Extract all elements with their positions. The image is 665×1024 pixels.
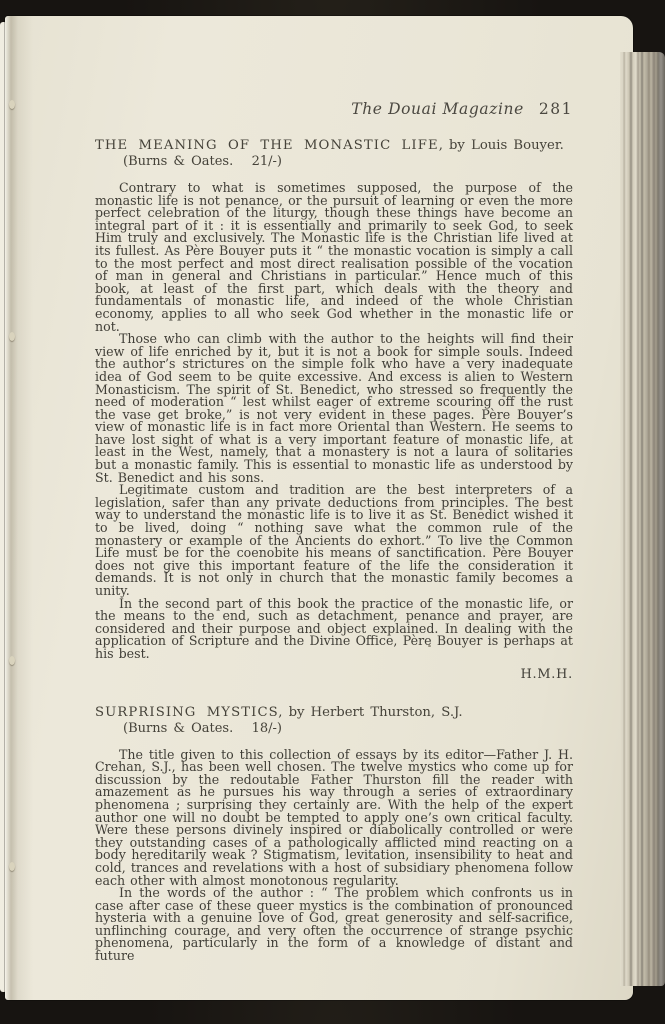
book-title: THE MEANING OF THE MONASTIC LIFE, — [95, 138, 444, 153]
binding-stitch — [9, 100, 15, 109]
running-head: The Douai Magazine281 — [95, 100, 573, 118]
page-number: 281 — [539, 100, 573, 118]
publisher-price-line: (Burns & Oates. 21/-) — [123, 154, 573, 169]
binding-stitch — [9, 656, 15, 665]
book-title: SURPRISING MYSTICS, — [95, 705, 284, 720]
publisher-price-line: (Burns & Oates. 18/-) — [123, 721, 573, 736]
reviewer-initials: H.M.H. — [95, 667, 573, 682]
binding-stitch — [9, 862, 15, 871]
review-paragraph: Contrary to what is sometimes supposed, … — [95, 182, 573, 333]
book-background: The Douai Magazine281 THE MEANING OF THE… — [0, 0, 665, 1024]
page-content: The Douai Magazine281 THE MEANING OF THE… — [95, 16, 573, 963]
review-heading: SURPRISING MYSTICS,by Herbert Thurston, … — [95, 705, 573, 720]
journal-title: The Douai Magazine — [351, 100, 524, 118]
review-paragraph: In the second part of this book the prac… — [95, 598, 573, 661]
book-author: by Louis Bouyer. — [449, 138, 564, 153]
binding-crease — [5, 16, 35, 1000]
magazine-page: The Douai Magazine281 THE MEANING OF THE… — [5, 16, 633, 1000]
page-stack-edges — [620, 52, 665, 986]
review-paragraph: Those who can climb with the author to t… — [95, 333, 573, 484]
review-heading: THE MEANING OF THE MONASTIC LIFE,by Loui… — [95, 138, 573, 153]
review-monastic-life: THE MEANING OF THE MONASTIC LIFE,by Loui… — [95, 138, 573, 682]
review-paragraph: Legitimate custom and tradition are the … — [95, 484, 573, 597]
book-author: by Herbert Thurston, S.J. — [289, 705, 463, 720]
binding-stitch — [9, 332, 15, 341]
review-surprising-mystics: SURPRISING MYSTICS,by Herbert Thurston, … — [95, 705, 573, 963]
review-paragraph: The title given to this collection of es… — [95, 749, 573, 888]
review-paragraph: In the words of the author : “ The probl… — [95, 887, 573, 963]
